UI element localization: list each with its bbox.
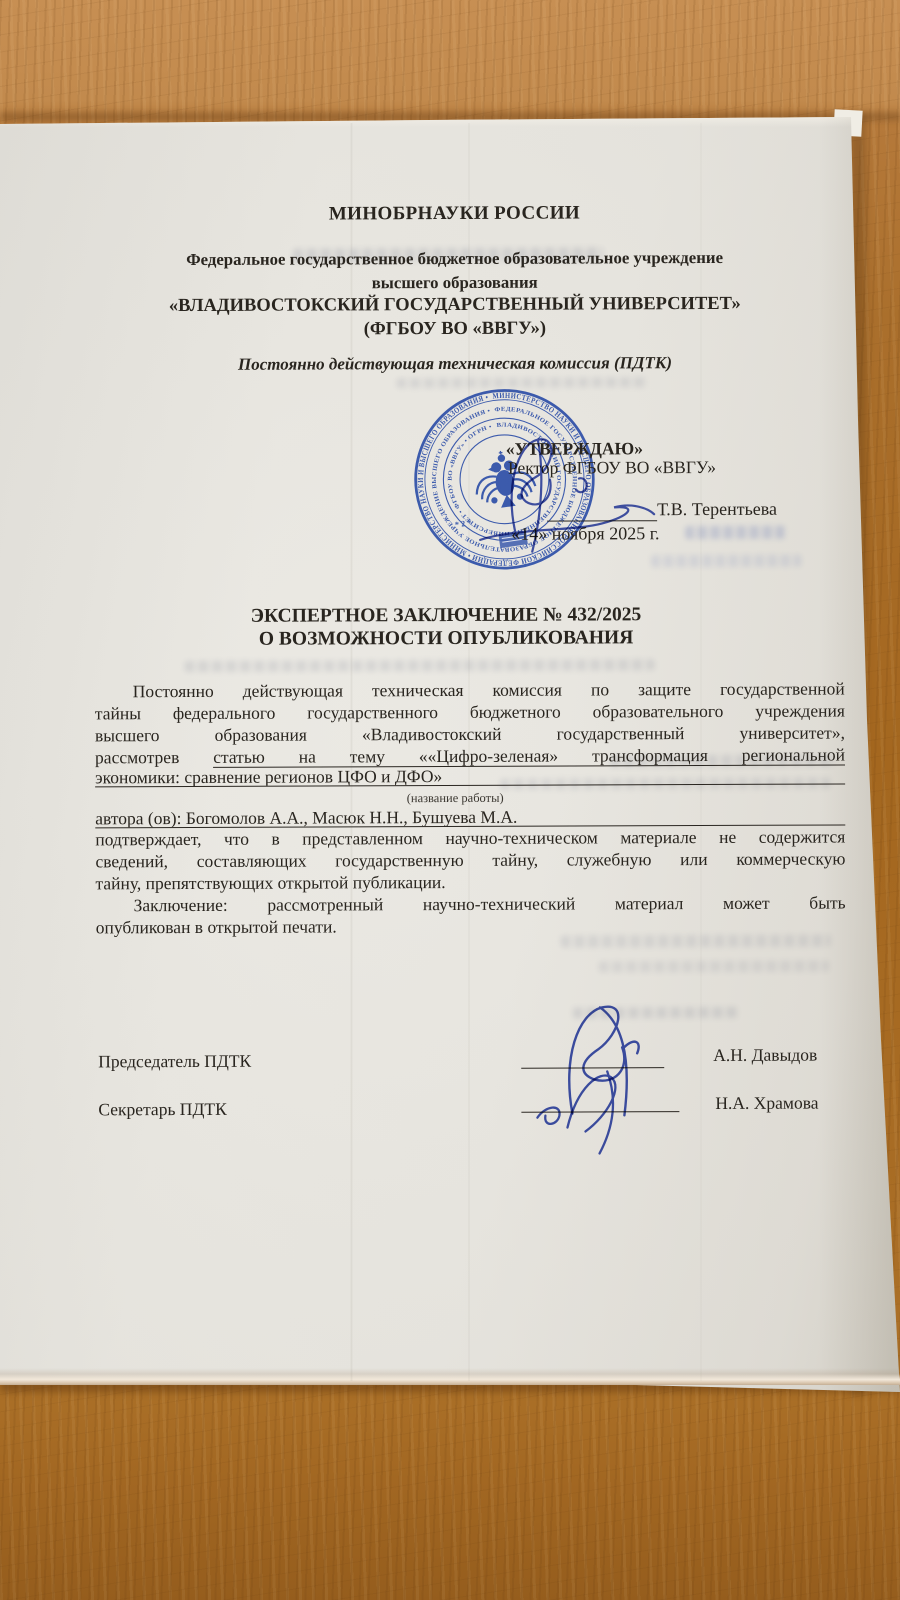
bleedthrough-text (651, 555, 801, 568)
rector-signature (454, 417, 665, 568)
institution-line1: Федеральное государственное бюджетное об… (73, 248, 836, 271)
work-title-line2: экономики: сравнение регионов ЦФО и ДФО» (95, 763, 845, 787)
authors-line: автора (ов): Богомолов А.А., Масюк Н.Н.,… (95, 804, 845, 828)
document-content: МИНОБРНАУКИ РОССИИ Федеральное государст… (0, 0, 900, 1600)
bleedthrough-text (685, 526, 785, 539)
university-name: «ВЛАДИВОСТОКСКИЙ ГОСУДАРСТВЕННЫЙ УНИВЕРС… (73, 294, 836, 318)
bleedthrough-text (185, 659, 655, 672)
body-line-plain: рассмотрев (95, 747, 179, 767)
secretary-name: Н.А. Храмова (715, 1093, 818, 1114)
document-title-line1: ЭКСПЕРТНОЕ ЗАКЛЮЧЕНИЕ № 432/2025 (64, 604, 827, 629)
conclusion-line: опубликован в открытой печати. (96, 913, 846, 939)
university-abbr: (ФГБОУ ВО «ВВГУ») (73, 318, 836, 342)
chairman-role-label: Председатель ПДТК (98, 1051, 251, 1073)
institution-line2: высшего образования (73, 272, 836, 295)
chairman-name: А.Н. Давыдов (713, 1045, 817, 1066)
commission-name: Постоянно действующая техническая комисс… (73, 353, 836, 376)
work-title-underlined: экономики: сравнение регионов ЦФО и ДФО» (95, 766, 442, 787)
approver-name: Т.В. Терентьева (657, 499, 777, 520)
authors-underlined: автора (ов): Богомолов А.А., Масюк Н.Н.,… (95, 807, 517, 829)
document-title-line2: О ВОЗМОЖНОСТИ ОПУБЛИКОВАНИЯ (65, 627, 828, 652)
secretary-role-label: Секретарь ПДТК (98, 1099, 226, 1120)
bleedthrough-text (599, 961, 829, 973)
ministry-heading: МИНОБРНАУКИ РОССИИ (73, 202, 836, 227)
photo-of-document-on-desk: МИНОБРНАУКИ РОССИИ Федеральное государст… (0, 0, 900, 1600)
secretary-signature (523, 1061, 673, 1157)
